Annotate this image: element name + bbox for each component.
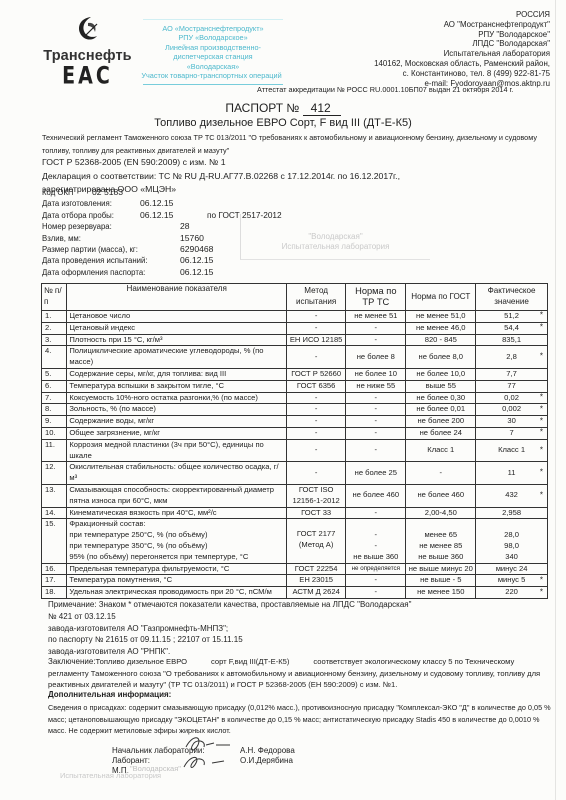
actual-value: минус 24 bbox=[496, 564, 528, 573]
cell-norm-trts: - bbox=[346, 587, 406, 599]
cell-name: Содержание воды, мг/кг bbox=[67, 416, 287, 428]
cell-norm-trts: не ниже 55 bbox=[346, 380, 406, 392]
cell-actual: 54,4* bbox=[476, 322, 548, 334]
cell-norm-gost: - bbox=[406, 462, 476, 485]
cell-method: ГОСТ 33 bbox=[287, 507, 346, 519]
table-row: 3.Плотность при 15 °С, кг/м³ЕН ИСО 12185… bbox=[42, 334, 548, 346]
cell-actual: 2,8* bbox=[476, 346, 548, 369]
cell-actual: 835,1 bbox=[476, 334, 548, 346]
cell-num: 7. bbox=[42, 392, 67, 404]
cell-line: менее 65 bbox=[408, 530, 473, 541]
table-row: 6.Температура вспышки в закрытом тигле, … bbox=[42, 380, 548, 392]
actual-value: 835,1 bbox=[502, 335, 521, 344]
cell-method: АСТМ Д 2624 bbox=[287, 587, 346, 599]
cell-num: 13. bbox=[42, 484, 67, 507]
batch-info-label: Дата изготовления: bbox=[42, 198, 112, 209]
cell-method: ЕН 23015 bbox=[287, 575, 346, 587]
cell-name: Фракционный состав:при температуре 250°С… bbox=[67, 519, 287, 563]
cell-norm-gost: не менее 150 bbox=[406, 587, 476, 599]
table-row: 4.Полициклические ароматические углеводо… bbox=[42, 346, 548, 369]
table-row: 5.Содержание серы, мг/кг, для топлива: в… bbox=[42, 368, 548, 380]
cell-norm-gost: не выше - 5 bbox=[406, 575, 476, 587]
cell-norm-trts: - bbox=[346, 334, 406, 346]
declaration-line: Декларация о соответствии: ТС № RU Д-RU.… bbox=[42, 170, 400, 183]
conclusion: Заключение:Топливо дизельное ЕВРОсорт F,… bbox=[48, 656, 556, 691]
cell-num: 4. bbox=[42, 346, 67, 369]
header-num: № п/п bbox=[42, 284, 67, 311]
cell-actual: 2,958 bbox=[476, 507, 548, 519]
cell-line: 340 bbox=[478, 552, 545, 563]
table-row: 8.Зольность, % (по массе)--не более 0,01… bbox=[42, 404, 548, 416]
batch-info-value: 6290468 bbox=[180, 244, 213, 255]
passport-document: Транснефть ЕАС АО «Мостранснефтепродукт»… bbox=[0, 0, 566, 800]
cell-norm-gost: менее 65не менее 85не выше 360 bbox=[406, 519, 476, 563]
org-line: АО "Мостранснефтепродукт" bbox=[250, 20, 550, 30]
table-row: 17.Температура помутнения, °СЕН 23015-не… bbox=[42, 575, 548, 587]
cell-norm-trts: - bbox=[346, 439, 406, 462]
lpds-marker: * bbox=[540, 352, 543, 363]
org-line: ЛПДС "Володарская" bbox=[250, 39, 550, 49]
cell-actual: Класс 1* bbox=[476, 439, 548, 462]
cell-name: Предельная температура фильтруемости, °С bbox=[67, 563, 287, 575]
actual-value: 51,2 bbox=[504, 311, 519, 320]
actual-value: 30 bbox=[507, 416, 515, 425]
cell-actual: 30* bbox=[476, 416, 548, 428]
org-line: РПУ "Володарское" bbox=[250, 30, 550, 40]
eac-mark: ЕАС bbox=[40, 62, 135, 90]
cell-norm-gost: не более 460 bbox=[406, 484, 476, 507]
cell-method: - bbox=[287, 404, 346, 416]
cell-method: - bbox=[287, 392, 346, 404]
cell-norm-trts: --не выше 360 bbox=[346, 519, 406, 563]
cell-name-line: при температуре 250°С, % (по объёму) bbox=[69, 530, 284, 541]
cell-actual: 0,002* bbox=[476, 404, 548, 416]
stamp-line: Испытательная лаборатория bbox=[241, 242, 430, 252]
transneft-emblem-icon bbox=[73, 14, 103, 44]
cell-norm-trts: - bbox=[346, 404, 406, 416]
quality-indicators-table: № п/п Наименование показателя Метод испы… bbox=[41, 283, 548, 599]
cell-line: не выше 360 bbox=[408, 552, 473, 563]
actual-value: Класс 1 bbox=[498, 445, 525, 454]
actual-value: 2,8 bbox=[506, 352, 517, 361]
actual-value: 2,958 bbox=[502, 508, 521, 517]
cell-num: 12. bbox=[42, 462, 67, 485]
organization-header: РОССИЯ АО "Мостранснефтепродукт" РПУ "Во… bbox=[250, 10, 550, 88]
cell-name: Смазывающая способность: скорректированн… bbox=[67, 484, 287, 507]
header-norm-trts: Норма по ТР ТС bbox=[346, 284, 406, 311]
cell-norm-trts: не более 10 bbox=[346, 368, 406, 380]
cell-norm-gost: не более 0,30 bbox=[406, 392, 476, 404]
cell-num: 11. bbox=[42, 439, 67, 462]
technical-regulation: Технический регламент Таможенного союза … bbox=[42, 131, 552, 157]
cell-num: 2. bbox=[42, 322, 67, 334]
cell-norm-trts: - bbox=[346, 416, 406, 428]
cell-norm-trts: - bbox=[346, 392, 406, 404]
cell-actual: 28,098,0340 bbox=[476, 519, 548, 563]
batch-info-value: 06.12.15 bbox=[140, 210, 173, 221]
company-logo: Транснефть ЕАС bbox=[40, 14, 135, 87]
cell-num: 14. bbox=[42, 507, 67, 519]
table-row: 1.Цетановое число-не менее 51не менее 51… bbox=[42, 311, 548, 323]
cell-actual: 7,7 bbox=[476, 368, 548, 380]
cell-name: Полициклические ароматические углеводоро… bbox=[67, 346, 287, 369]
conclusion-grade: сорт F,вид III(ДТ-Е-К5) bbox=[211, 657, 289, 666]
cell-norm-trts: - bbox=[346, 507, 406, 519]
cell-num: 10. bbox=[42, 427, 67, 439]
lpds-marker: * bbox=[540, 404, 543, 415]
cell-norm-trts: - bbox=[346, 427, 406, 439]
org-line: РОССИЯ bbox=[250, 10, 550, 20]
lpds-marker: * bbox=[540, 445, 543, 456]
actual-value: 77 bbox=[507, 381, 515, 390]
cell-name-line: Фракционный состав: bbox=[69, 519, 284, 530]
cell-num: 17. bbox=[42, 575, 67, 587]
cell-line bbox=[408, 519, 473, 530]
note-line: Примечание: Знаком * отмечаются показате… bbox=[48, 599, 553, 611]
cell-name: Цетановое число bbox=[67, 311, 287, 323]
cell-norm-gost: Класс 1 bbox=[406, 439, 476, 462]
actual-value: 432 bbox=[505, 490, 518, 499]
actual-value: 54,4 bbox=[504, 323, 519, 332]
org-line: с. Константиново, тел. 8 (499) 922-81-75 bbox=[250, 69, 550, 79]
header-method: Метод испытания bbox=[287, 284, 346, 311]
cell-name: Цетановый индекс bbox=[67, 322, 287, 334]
cell-num: 6. bbox=[42, 380, 67, 392]
actual-value: 220 bbox=[505, 587, 518, 596]
cell-line: не выше 360 bbox=[348, 552, 403, 563]
faded-stamp-text: Испытательная лаборатория bbox=[60, 771, 161, 780]
actual-value: 0,02 bbox=[504, 393, 519, 402]
lab-name: О.И.Дерябина bbox=[240, 756, 295, 766]
cell-norm-gost: не более 200 bbox=[406, 416, 476, 428]
lpds-marker: * bbox=[540, 575, 543, 586]
table-row: 11.Коррозия медной пластинки (3ч при 50°… bbox=[42, 439, 548, 462]
cell-actual: 11* bbox=[476, 462, 548, 485]
cell-method: ГОСТ 6356 bbox=[287, 380, 346, 392]
batch-info-value: 02 5183 bbox=[92, 187, 123, 198]
header-name: Наименование показателя bbox=[67, 284, 287, 311]
gost-standard: ГОСТ Р 52368-2005 (EN 590:2009) с изм. №… bbox=[42, 157, 226, 167]
batch-info-label: Номер резервуара: bbox=[42, 221, 112, 232]
cell-line: не менее 85 bbox=[408, 541, 473, 552]
batch-info-value: 06.12.15 bbox=[180, 255, 213, 266]
cell-name: Температура вспышки в закрытом тигле, °С bbox=[67, 380, 287, 392]
cell-norm-gost: не более 0,01 bbox=[406, 404, 476, 416]
cell-method: ГОСТ 22254 bbox=[287, 563, 346, 575]
cell-num: 1. bbox=[42, 311, 67, 323]
cell-line: 98,0 bbox=[478, 541, 545, 552]
signature-names: А.Н. Федорова О.И.Дерябина bbox=[240, 746, 295, 766]
actual-value: 7,7 bbox=[506, 369, 517, 378]
batch-info-label: Размер партии (масса), кг: bbox=[42, 244, 138, 255]
cell-norm-trts: не определяется bbox=[346, 563, 406, 575]
cell-norm-gost: не более 8,0 bbox=[406, 346, 476, 369]
passport-number: 412 bbox=[303, 101, 341, 116]
table-row: 18.Удельная электрическая проводимость п… bbox=[42, 587, 548, 599]
actual-value: 0,002 bbox=[502, 404, 521, 413]
cell-method: - bbox=[287, 439, 346, 462]
cell-norm-gost: не более 24 bbox=[406, 427, 476, 439]
cell-line bbox=[348, 519, 403, 530]
cell-norm-gost: не менее 51,0 bbox=[406, 311, 476, 323]
lpds-marker: * bbox=[540, 323, 543, 334]
table-row: 15.Фракционный состав:при температуре 25… bbox=[42, 519, 548, 563]
cell-actual: 0,02* bbox=[476, 392, 548, 404]
cell-num: 3. bbox=[42, 334, 67, 346]
lpds-marker: * bbox=[540, 468, 543, 479]
cell-actual: минус 24 bbox=[476, 563, 548, 575]
cell-actual: 51,2* bbox=[476, 311, 548, 323]
cell-norm-trts: - bbox=[346, 322, 406, 334]
cell-num: 16. bbox=[42, 563, 67, 575]
org-line: 140162, Московская область, Раменский ра… bbox=[250, 59, 550, 69]
product-name: Топливо дизельное ЕВРО Сорт, F вид III (… bbox=[0, 117, 566, 129]
cell-norm-gost: не более 10,0 bbox=[406, 368, 476, 380]
cell-line: 28,0 bbox=[478, 530, 545, 541]
cell-actual: 432* bbox=[476, 484, 548, 507]
cell-method: - bbox=[287, 322, 346, 334]
cell-num: 15. bbox=[42, 519, 67, 563]
cell-method: - bbox=[287, 462, 346, 485]
cell-actual: 7* bbox=[476, 427, 548, 439]
cell-method-line: (Метод А) bbox=[289, 540, 343, 551]
cell-name: Удельная электрическая проводимость при … bbox=[67, 587, 287, 599]
cell-num: 18. bbox=[42, 587, 67, 599]
cell-method: ГОСТ 2177(Метод А) bbox=[287, 519, 346, 563]
cell-method: ГОСТ Р 52660 bbox=[287, 368, 346, 380]
actual-value: 7 bbox=[509, 428, 513, 437]
cell-name: Температура помутнения, °С bbox=[67, 575, 287, 587]
batch-info-label: Дата отбора пробы: bbox=[42, 210, 114, 221]
accreditation: Аттестат аккредитации № РОСС RU.0001.10Б… bbox=[257, 85, 513, 94]
cell-method: - bbox=[287, 416, 346, 428]
batch-info-label: Код ОКП bbox=[42, 187, 74, 198]
cell-method: ЕН ИСО 12185 bbox=[287, 334, 346, 346]
table-row: 13.Смазывающая способность: скорректиров… bbox=[42, 484, 548, 507]
actual-value: 11 bbox=[508, 468, 516, 477]
cell-line bbox=[478, 519, 545, 530]
conclusion-label: Заключение: bbox=[48, 657, 96, 666]
cell-actual: минус 5* bbox=[476, 575, 548, 587]
batch-info-value: 06.12.15 bbox=[180, 267, 213, 278]
cell-name: Кинематическая вязкость при 40°С, мм²/с bbox=[67, 507, 287, 519]
batch-info-value: 28 bbox=[180, 221, 190, 232]
org-line: Испытательная лаборатория bbox=[250, 49, 550, 59]
cell-norm-trts: не менее 51 bbox=[346, 311, 406, 323]
cell-norm-gost: не менее 46,0 bbox=[406, 322, 476, 334]
cell-name: Окислительная стабильность: общее количе… bbox=[67, 462, 287, 485]
lpds-marker: * bbox=[540, 416, 543, 427]
cell-num: 5. bbox=[42, 368, 67, 380]
cell-num: 8. bbox=[42, 404, 67, 416]
batch-info-value: 06.12.15 bbox=[140, 198, 173, 209]
cell-actual: 220* bbox=[476, 587, 548, 599]
cell-name: Общее загрязнение, мг/кг bbox=[67, 427, 287, 439]
note-line: № 421 от 03.12.15 bbox=[48, 611, 553, 623]
passport-label: ПАСПОРТ № bbox=[225, 101, 299, 115]
conclusion-product: Топливо дизельное ЕВРО bbox=[96, 657, 187, 666]
cell-norm-trts: не более 460 bbox=[346, 484, 406, 507]
table-row: 7.Коксуемость 10%-ного остатка разгонки,… bbox=[42, 392, 548, 404]
cell-method-line: ГОСТ 2177 bbox=[289, 529, 343, 540]
cell-norm-trts: не более 25 bbox=[346, 462, 406, 485]
cell-actual: 77 bbox=[476, 380, 548, 392]
cell-num: 9. bbox=[42, 416, 67, 428]
cell-name: Содержание серы, мг/кг, для топлива: вид… bbox=[67, 368, 287, 380]
lpds-marker: * bbox=[540, 490, 543, 501]
head-name: А.Н. Федорова bbox=[240, 746, 295, 756]
faded-lab-stamp: "Володарская" Испытательная лаборатория bbox=[240, 214, 430, 260]
table-row: 12.Окислительная стабильность: общее кол… bbox=[42, 462, 548, 485]
cell-line: - bbox=[348, 541, 403, 552]
table-row: 9.Содержание воды, мг/кг--не более 20030… bbox=[42, 416, 548, 428]
cell-method: ГОСТ ISO 12156-1-2012 bbox=[287, 484, 346, 507]
header-norm-gost: Норма по ГОСТ bbox=[406, 284, 476, 311]
actual-value: минус 5 bbox=[498, 575, 526, 584]
cell-name-line: 95% (по объёму) перегоняется при темперт… bbox=[69, 552, 284, 563]
batch-info-label: Дата оформления паспорта: bbox=[42, 267, 145, 278]
cell-norm-gost: выше 55 bbox=[406, 380, 476, 392]
table-row: 10.Общее загрязнение, мг/кг--не более 24… bbox=[42, 427, 548, 439]
cell-name: Плотность при 15 °С, кг/м³ bbox=[67, 334, 287, 346]
table-row: 14.Кинематическая вязкость при 40°С, мм²… bbox=[42, 507, 548, 519]
cell-name-line: при температуре 350°С, % (по объёму) bbox=[69, 541, 284, 552]
cell-line: - bbox=[348, 530, 403, 541]
cell-norm-gost: не выше минус 20 bbox=[406, 563, 476, 575]
table-row: 2.Цетановый индекс--не менее 46,054,4* bbox=[42, 322, 548, 334]
cell-name: Коррозия медной пластинки (3ч при 50°С),… bbox=[67, 439, 287, 462]
batch-info-value: 15760 bbox=[180, 233, 204, 244]
batch-info-label: Взлив, мм: bbox=[42, 233, 81, 244]
note-line: по паспорту № 21615 от 09.11.15 ; 22107 … bbox=[48, 634, 553, 646]
additional-info-title: Дополнительная информация: bbox=[48, 690, 171, 699]
lpds-marker: * bbox=[540, 587, 543, 598]
cell-norm-trts: не более 8 bbox=[346, 346, 406, 369]
notes: Примечание: Знаком * отмечаются показате… bbox=[48, 599, 553, 658]
note-line: завода-изготовителя АО "Газпромнефть-МНП… bbox=[48, 623, 553, 635]
cell-method: - bbox=[287, 346, 346, 369]
table-row: 16.Предельная температура фильтруемости,… bbox=[42, 563, 548, 575]
lpds-marker: * bbox=[540, 393, 543, 404]
cell-norm-gost: 820 - 845 bbox=[406, 334, 476, 346]
lpds-marker: * bbox=[540, 311, 543, 322]
cell-name: Зольность, % (по массе) bbox=[67, 404, 287, 416]
cell-norm-trts: - bbox=[346, 575, 406, 587]
cell-method: - bbox=[287, 427, 346, 439]
cell-method: - bbox=[287, 311, 346, 323]
cell-norm-gost: 2,00-4,50 bbox=[406, 507, 476, 519]
header-actual: Фактическое значение bbox=[476, 284, 548, 311]
additional-info: Сведения о присадках: содержит смазывающ… bbox=[48, 702, 556, 737]
stamp-line: "Володарская" bbox=[241, 232, 430, 242]
batch-info-label: Дата проведения испытаний: bbox=[42, 255, 148, 266]
cell-name: Коксуемость 10%-ного остатка разгонки,% … bbox=[67, 392, 287, 404]
passport-title: ПАСПОРТ № 412 bbox=[0, 101, 566, 116]
lpds-marker: * bbox=[540, 428, 543, 439]
signature-icon bbox=[180, 733, 240, 773]
